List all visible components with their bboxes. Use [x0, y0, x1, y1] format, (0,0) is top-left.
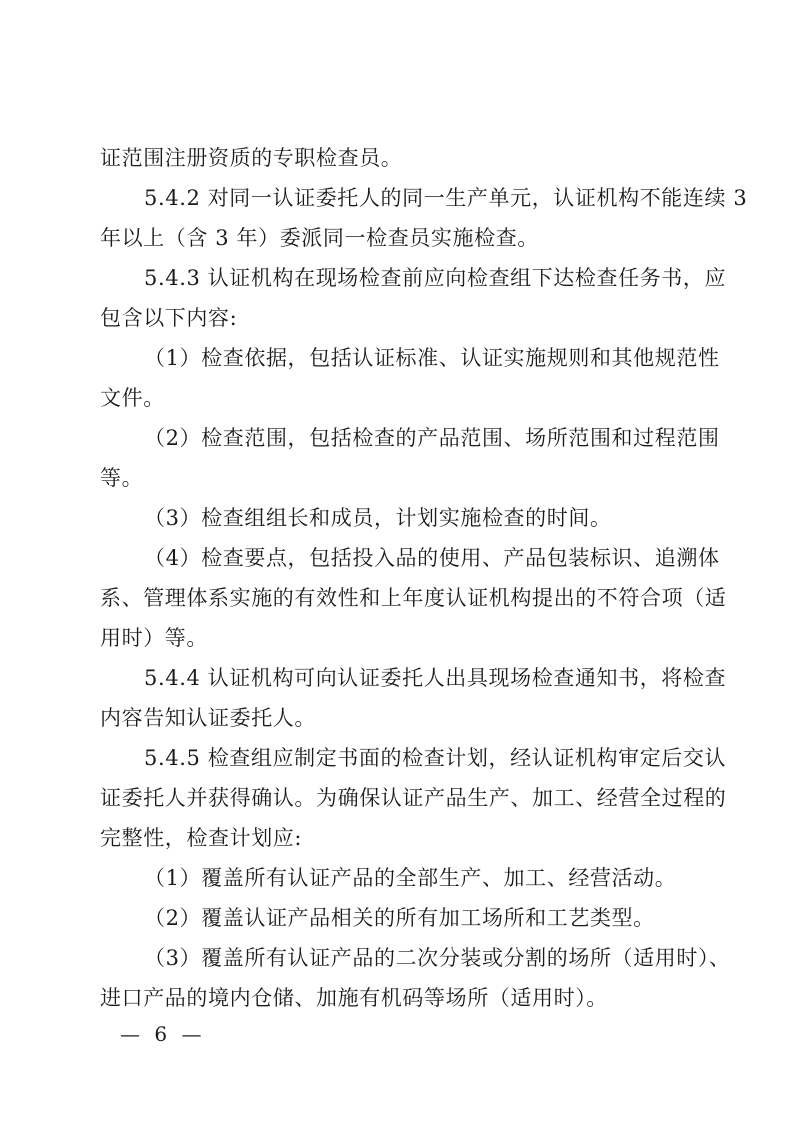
- text-line: 系、管理体系实施的有效性和上年度认证机构提出的不符合项（适: [100, 578, 702, 618]
- text-line-plan-item-1: （1）覆盖所有认证产品的全部生产、加工、经营活动。: [100, 858, 702, 898]
- document-body: 证范围注册资质的专职检查员。 5.4.2 对同一认证委托人的同一生产单元，认证机…: [100, 138, 702, 1018]
- text-line: 进口产品的境内仓储、加施有机码等场所（适用时）。: [100, 978, 702, 1018]
- text-line: 证范围注册资质的专职检查员。: [100, 138, 702, 178]
- text-line-plan-item-2: （2）覆盖认证产品相关的所有加工场所和工艺类型。: [100, 898, 702, 938]
- text-line-clause-5-4-4: 5.4.4 认证机构可向认证委托人出具现场检查通知书，将检查: [100, 658, 702, 698]
- text-line: 内容告知认证委托人。: [100, 698, 702, 738]
- text-line: 用时）等。: [100, 618, 702, 658]
- text-line: 包含以下内容:: [100, 298, 702, 338]
- text-line-clause-5-4-3: 5.4.3 认证机构在现场检查前应向检查组下达检查任务书，应: [100, 258, 702, 298]
- text-line-plan-item-3: （3）覆盖所有认证产品的二次分装或分割的场所（适用时）、: [100, 938, 702, 978]
- text-line: 文件。: [100, 378, 702, 418]
- text-line: 完整性，检查计划应:: [100, 818, 702, 858]
- text-line-item-4: （4）检查要点，包括投入品的使用、产品包装标识、追溯体: [100, 538, 702, 578]
- text-line-item-2: （2）检查范围，包括检查的产品范围、场所范围和过程范围: [100, 418, 702, 458]
- text-line-item-3: （3）检查组组长和成员，计划实施检查的时间。: [100, 498, 702, 538]
- text-line-item-1: （1）检查依据，包括认证标准、认证实施规则和其他规范性: [100, 338, 702, 378]
- text-line: 等。: [100, 458, 702, 498]
- text-line-clause-5-4-5: 5.4.5 检查组应制定书面的检查计划，经认证机构审定后交认: [100, 738, 702, 778]
- page-number: — 6 —: [120, 1022, 205, 1046]
- text-line: 证委托人并获得确认。为确保认证产品生产、加工、经营全过程的: [100, 778, 702, 818]
- text-line: 年以上（含 3 年）委派同一检查员实施检查。: [100, 218, 702, 258]
- text-line-clause-5-4-2: 5.4.2 对同一认证委托人的同一生产单元，认证机构不能连续 3: [100, 178, 702, 218]
